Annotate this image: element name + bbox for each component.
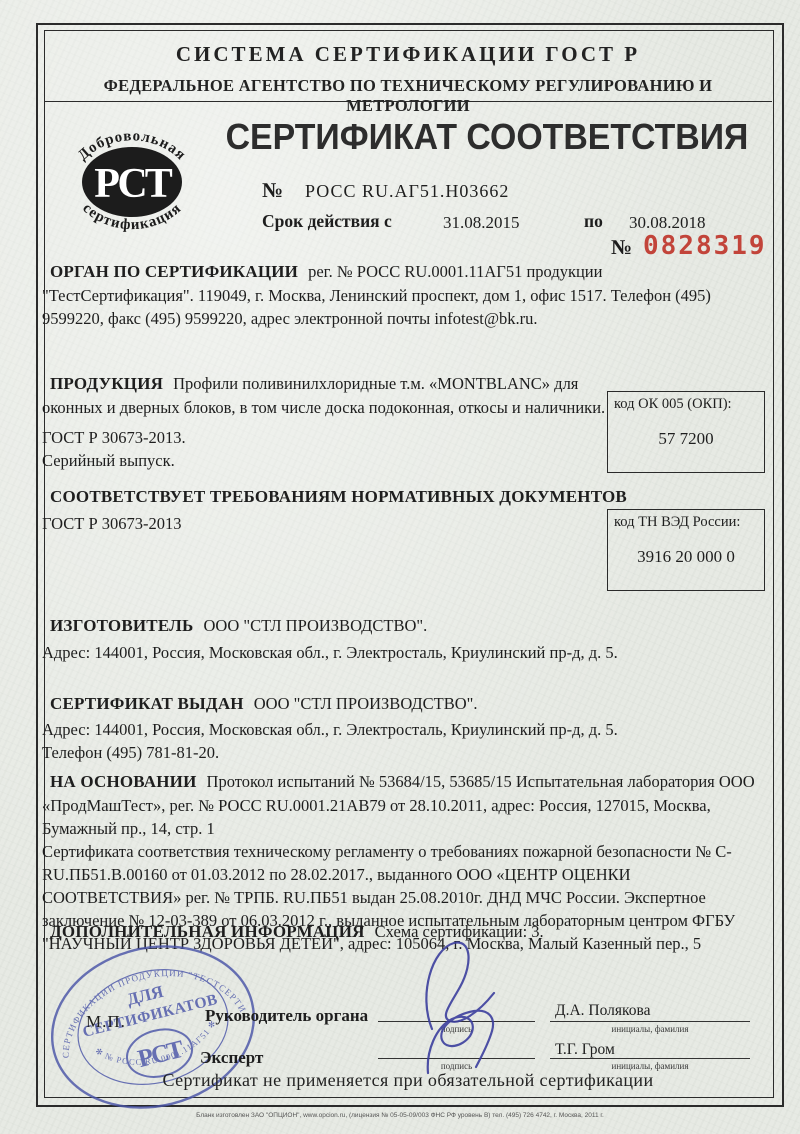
head-name-caption: инициалы, фамилия: [550, 1024, 750, 1034]
rst-logo: Добровольная сертификация РСТ: [52, 106, 212, 254]
manufacturer-address: Адрес: 144001, Россия, Московская обл., …: [42, 641, 618, 664]
valid-to-label: по: [584, 211, 603, 232]
issued-to-phone: Телефон (495) 781-81-20.: [42, 741, 219, 764]
system-header: СИСТЕМА СЕРТИФИКАЦИИ ГОСТ Р: [44, 42, 772, 67]
okp-code-label: код ОК 005 (ОКП):: [614, 396, 758, 413]
issued-to-name: ООО "СТЛ ПРОИЗВОДСТВО".: [254, 694, 478, 713]
issued-to-address: Адрес: 144001, Россия, Московская обл., …: [42, 718, 618, 741]
certification-body-label: ОРГАН ПО СЕРТИФИКАЦИИ: [50, 262, 298, 281]
manufacturer-section: ИЗГОТОВИТЕЛЬООО "СТЛ ПРОИЗВОДСТВО".: [42, 614, 752, 638]
certificate-title: СЕРТИФИКАТ СООТВЕТСТВИЯ: [215, 116, 758, 158]
product-serial-type: Серийный выпуск.: [42, 449, 175, 472]
conformity-standard: ГОСТ Р 30673-2013: [42, 512, 182, 535]
okp-code-value: 57 7200: [614, 429, 758, 449]
bottom-note: Сертификат не применяется при обязательн…: [44, 1070, 772, 1091]
valid-to-date: 30.08.2018: [629, 213, 706, 233]
okp-code-box: код ОК 005 (ОКП): 57 7200: [607, 391, 765, 473]
cert-number-sign: №: [262, 178, 283, 203]
blank-number-sign: №: [611, 235, 632, 260]
issued-to-label: СЕРТИФИКАТ ВЫДАН: [50, 694, 244, 713]
handwritten-signatures: [380, 933, 570, 1078]
issued-to-section: СЕРТИФИКАТ ВЫДАНООО "СТЛ ПРОИЗВОДСТВО".: [42, 692, 752, 716]
expert-label: Эксперт: [200, 1048, 263, 1068]
head-of-body-label: Руководитель органа: [205, 1006, 368, 1026]
head-name-line: [550, 1021, 750, 1022]
conformity-label: СООТВЕТСТВУЕТ ТРЕБОВАНИЯМ НОРМАТИВНЫХ ДО…: [50, 487, 627, 507]
certificate-page: СИСТЕМА СЕРТИФИКАЦИИ ГОСТ Р ФЕДЕРАЛЬНОЕ …: [0, 0, 800, 1134]
manufacturer-name: ООО "СТЛ ПРОИЗВОДСТВО".: [203, 616, 427, 635]
certification-body-section: ОРГАН ПО СЕРТИФИКАЦИИрег. № РОСС RU.0001…: [42, 260, 750, 330]
stamp-place-mark: М.П.: [86, 1012, 126, 1032]
blank-maker-fine-print: Бланк изготовлен ЗАО "ОПЦИОН", www.opcio…: [0, 1112, 800, 1119]
cert-number: РОСС RU.АГ51.Н03662: [305, 181, 509, 202]
header-divider: [45, 101, 772, 102]
blank-serial-number: 0828319: [643, 231, 767, 261]
tnved-code-box: код ТН ВЭД России: 3916 20 000 0: [607, 509, 765, 591]
product-label: ПРОДУКЦИЯ: [50, 374, 163, 393]
stamp-rst-letters: РСТ: [135, 1036, 187, 1073]
product-gost: ГОСТ Р 30673-2013.: [42, 426, 186, 449]
manufacturer-label: ИЗГОТОВИТЕЛЬ: [50, 616, 193, 635]
tnved-code-value: 3916 20 000 0: [614, 547, 758, 567]
basis-paragraph-1: НА ОСНОВАНИИПротокол испытаний № 53684/1…: [42, 770, 756, 840]
tnved-code-label: код ТН ВЭД России:: [614, 514, 758, 531]
product-section: ПРОДУКЦИЯПрофили поливинилхлоридные т.м.…: [42, 372, 610, 419]
validity-label: Срок действия с: [262, 211, 392, 232]
expert-name-line: [550, 1058, 750, 1059]
valid-from-date: 31.08.2015: [443, 213, 520, 233]
logo-letters: РСТ: [94, 161, 172, 207]
basis-label: НА ОСНОВАНИИ: [50, 772, 197, 791]
